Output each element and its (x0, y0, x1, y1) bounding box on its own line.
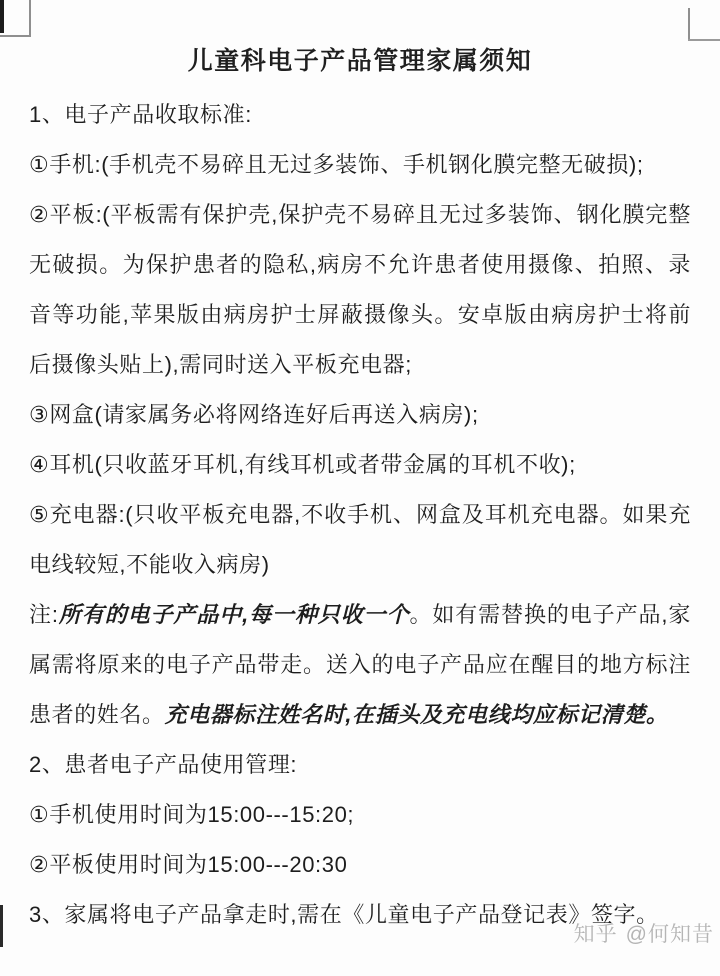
plain-text: 注: (29, 602, 59, 627)
document-title: 儿童科电子产品管理家属须知 (30, 44, 690, 78)
notice-paragraph: 2、患者电子产品使用管理: (29, 740, 691, 790)
document-page: 儿童科电子产品管理家属须知 1、电子产品收取标准:①手机:(手机壳不易碎且无过多… (0, 0, 720, 976)
page-edge-mark-bottom-left (0, 905, 3, 947)
zhihu-author-handle: @何知昔 (626, 923, 714, 946)
notice-paragraph: ②平板:(平板需有保护壳,保护壳不易碎且无过多装饰、钢化膜完整无破损。为保护患者… (29, 190, 691, 390)
zhihu-brand-label: 知乎 (574, 923, 618, 946)
notice-paragraph: ⑤充电器:(只收平板充电器,不收手机、网盒及耳机充电器。如果充电线较短,不能收入… (29, 490, 691, 590)
notice-paragraph: ①手机:(手机壳不易碎且无过多装饰、手机钢化膜完整无破损); (29, 140, 691, 190)
frame-corner-top-left-horizontal (0, 35, 31, 37)
frame-corner-top-left-vertical (29, 0, 31, 36)
frame-corner-top-right-horizontal (688, 39, 720, 41)
emphasized-text: 充电器标注姓名时,在插头及充电线均应标记清楚。 (165, 702, 669, 727)
document-body: 1、电子产品收取标准:①手机:(手机壳不易碎且无过多装饰、手机钢化膜完整无破损)… (29, 90, 691, 940)
notice-paragraph: ③网盒(请家属务必将网络连好后再送入病房); (29, 390, 691, 440)
page-edge-mark-top-left (0, 0, 4, 33)
frame-corner-top-right-vertical (688, 8, 690, 41)
notice-paragraph: 1、电子产品收取标准: (29, 90, 691, 140)
zhihu-watermark: 知乎@何知昔 (574, 918, 714, 948)
notice-photo: { "document": { "title": "儿童科电子产品管理家属须知"… (0, 0, 720, 976)
notice-paragraph: ①手机使用时间为15:00---15:20; (29, 790, 691, 840)
notice-paragraph: ②平板使用时间为15:00---20:30 (29, 840, 691, 890)
notice-paragraph: ④耳机(只收蓝牙耳机,有线耳机或者带金属的耳机不收); (29, 440, 691, 490)
notice-paragraph: 注:所有的电子产品中,每一种只收一个。如有需替换的电子产品,家属需将原来的电子产… (29, 590, 691, 740)
emphasized-text: 所有的电子产品中,每一种只收一个 (59, 602, 410, 627)
